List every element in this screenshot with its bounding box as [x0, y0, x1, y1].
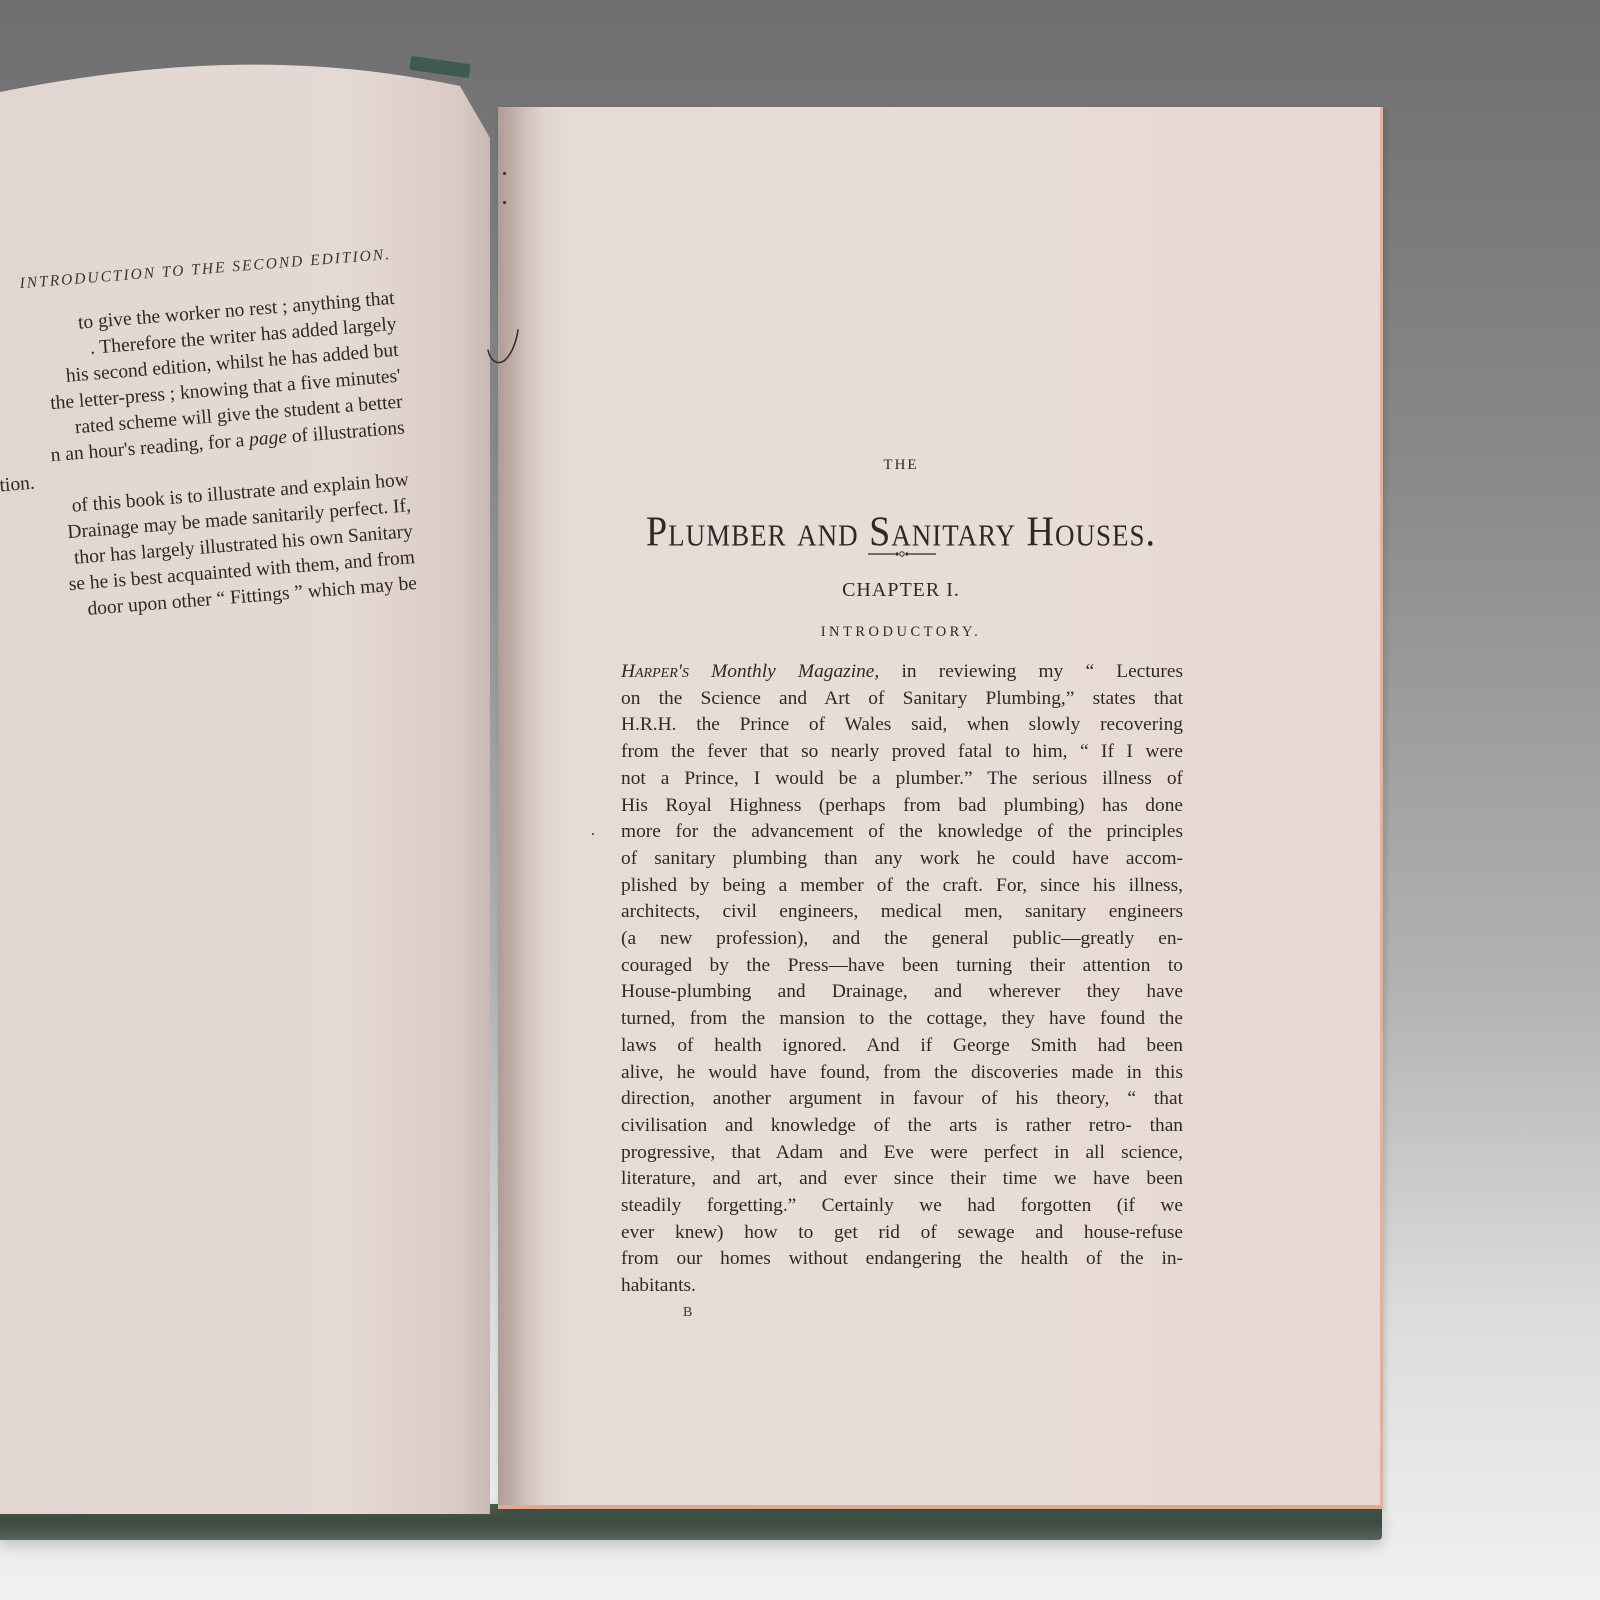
body-line: (a new profession), and the general publ…: [621, 926, 1183, 953]
chapter-heading: CHAPTER I.: [621, 579, 1181, 602]
body-line: His Royal Highness (perhaps from bad plu…: [621, 793, 1183, 820]
body-line: laws of health ignored. And if George Sm…: [621, 1033, 1183, 1060]
ornament-rule-icon: [868, 551, 936, 557]
chapter-body: Harper's Monthly Magazine, in reviewing …: [621, 659, 1183, 1300]
right-page: THE Plumber and Sanitary Houses. CHAPTER…: [498, 107, 1383, 1509]
body-line: plished by being a member of the craft. …: [621, 873, 1183, 900]
ink-speck: [592, 833, 594, 835]
body-line: from our homes without endangering the h…: [621, 1246, 1183, 1273]
body-line: ever knew) how to get rid of sewage and …: [621, 1220, 1183, 1247]
body-line: direction, another argument in favour of…: [621, 1086, 1183, 1113]
body-line: literature, and art, and ever since thei…: [621, 1166, 1183, 1193]
title-article: THE: [621, 457, 1181, 474]
left-page: INTRODUCTION TO THE SECOND EDITION. to g…: [0, 52, 500, 1514]
body-line: House-plumbing and Drainage, and whereve…: [621, 979, 1183, 1006]
body-line-part: in reviewing my “ Lectures: [901, 661, 1183, 682]
pencil-mark-icon: [484, 326, 524, 376]
body-line: more for the advancement of the knowledg…: [621, 819, 1183, 846]
body-line: on the Science and Art of Sanitary Plumb…: [621, 686, 1183, 713]
body-line: from the fever that so nearly proved fat…: [621, 739, 1183, 766]
ink-speck: [503, 172, 506, 175]
cloth-binding-corner: [409, 56, 470, 78]
italic-word: page: [248, 427, 287, 451]
body-line: habitants.: [621, 1273, 1183, 1300]
body-line: alive, he would have found, from the dis…: [621, 1060, 1183, 1087]
book-photo-scene: INTRODUCTION TO THE SECOND EDITION. to g…: [0, 0, 1600, 1600]
body-line: couraged by the Press—have been turning …: [621, 953, 1183, 980]
signature-mark: B: [683, 1305, 692, 1321]
magazine-name-italic: Monthly Magazine,: [711, 661, 879, 682]
ink-speck: [503, 201, 506, 204]
body-line: turned, from the mansion to the cottage,…: [621, 1006, 1183, 1033]
gutter-shadow: [498, 107, 544, 1505]
body-line: Harper's Monthly Magazine, in reviewing …: [621, 659, 1183, 686]
left-page-text: INTRODUCTION TO THE SECOND EDITION. to g…: [0, 242, 418, 631]
body-line: steadily forgetting.” Certainly we had f…: [621, 1193, 1183, 1220]
section-heading: INTRODUCTORY.: [621, 624, 1181, 641]
body-line: civilisation and knowledge of the arts i…: [621, 1113, 1183, 1140]
body-line: architects, civil engineers, medical men…: [621, 899, 1183, 926]
magazine-name-smallcaps: Harper's: [621, 661, 689, 682]
body-line: progressive, that Adam and Eve were perf…: [621, 1140, 1183, 1167]
body-line: of sanitary plumbing than any work he co…: [621, 846, 1183, 873]
body-line: not a Prince, I would be a plumber.” The…: [621, 766, 1183, 793]
body-line: H.R.H. the Prince of Wales said, when sl…: [621, 712, 1183, 739]
book-title: Plumber and Sanitary Houses.: [515, 508, 1287, 557]
